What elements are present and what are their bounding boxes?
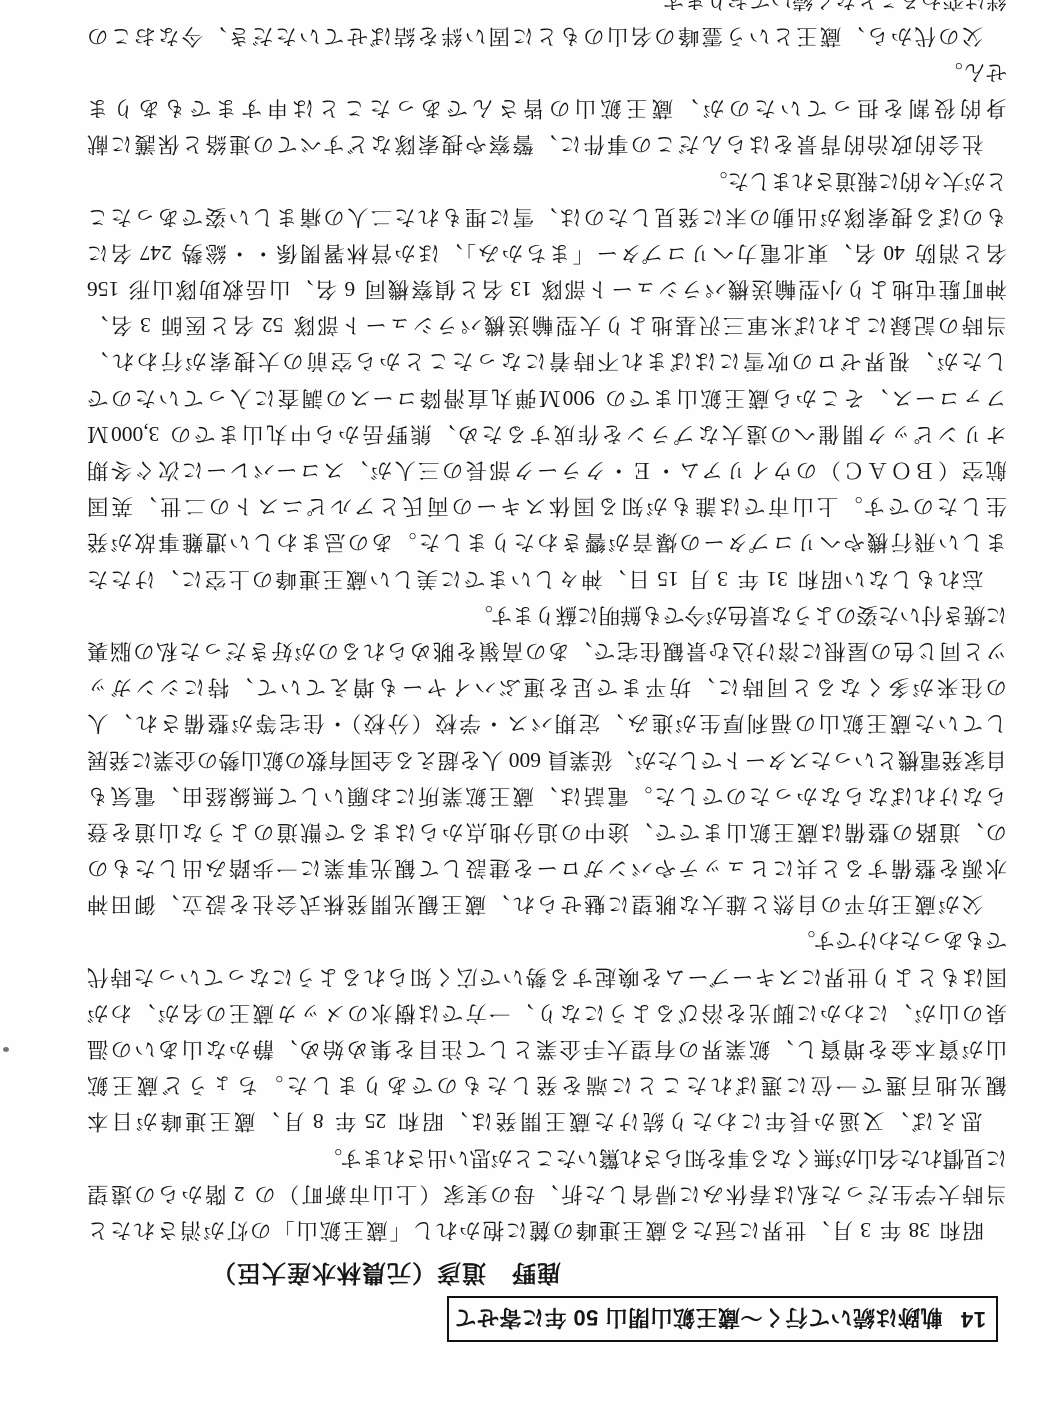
body-line: ファコース、そこから蔵王鉱山までの 900Ｍ弾丸直滑降コースの調査に入っていたの… <box>87 380 1007 416</box>
body-line: したが、視界ゼロの吹雪にはばまれ不時着になったことから空前の大捜索が行われ、 <box>87 343 1007 379</box>
body-line: とが大々的に報道されました。 <box>87 162 1007 198</box>
author-name: 鹿野 道彦 <box>436 1259 561 1286</box>
body-line: 泉の山が、にわかに脚光を浴びるようになり、一方では樹氷のメッカ蔵王の名が、わが <box>87 995 1007 1031</box>
body-text-block: 昭和 38 年 3 月、世界に冠たる蔵王連峰の麓に抱かれし「蔵王鉱山」の灯が消さ… <box>87 0 1007 1248</box>
body-line: ツと同じ色の屋根に溶け込む景観住宅で、あの高嶺を眺められるのが好きだった私の脳裏 <box>87 633 1007 669</box>
document-sheet-rotated-180: 14 軌跡は続いて行く～蔵王鉱山閉山 50 年に寄せて 鹿野 道彦（元農林水産大… <box>0 0 1037 1420</box>
body-line: オリンピック開催への遠大なプランを作成するため、熊野岳から中丸山までの 3,00… <box>87 416 1007 452</box>
section-header-box: 14 軌跡は続いて行く～蔵王鉱山閉山 50 年に寄せて <box>447 1296 998 1342</box>
body-line: 観光地百選で一位に選ばれたことに端を発したものでありました。ちょうど蔵王鉱 <box>87 1067 1007 1103</box>
body-line: 忘れもしない昭和 31 年 3 月 15 日、神々しいまでに美しい蔵王連峰の上空… <box>87 560 1007 596</box>
body-line: ましい飛行機やヘリコプターの爆音が響きわたりました。あの忌まわしい遭難事故が発 <box>87 524 1007 560</box>
body-line: 名と消防 40 名、東北電力ヘリコプター「まちかみ」、ほか営林署関係・・総勢 2… <box>87 235 1007 271</box>
body-line: 当時大学生だった私は春休みに帰省した折、母の実家（上山市新町）の 2 階からの遠… <box>87 1176 1007 1212</box>
body-line: 父の代から、蔵王という霊峰の名山のもとに固い絆を結ばせていただき、今なおこの <box>87 18 1007 54</box>
section-title: 軌跡は続いて行く～蔵王鉱山閉山 50 年に寄せて <box>454 1304 943 1335</box>
body-line: 父が蔵王坊平の自然と雄大な眺望に魅せられ、蔵王観光開発株式会社を設立、御田神 <box>87 886 1007 922</box>
author-role: （元農林水産大臣） <box>211 1259 436 1286</box>
body-line: 当時の記録によれば米軍三沢基地より大型輸送機パラシュート部隊 52 名と医師 3… <box>87 307 1007 343</box>
body-line: 社会的政治的背景をはらんだこの事件に、警察や捜索隊などすべての連絡と保護に献 <box>87 126 1007 162</box>
body-line: に見慣れた名山が無くなる事を知らされ驚いたことが思い出されます。 <box>87 1139 1007 1175</box>
body-line: 身的役割を担っていたのが、蔵王鉱山の皆さんであったことは申すまでもありま <box>87 90 1007 126</box>
body-line: の往来が多くなると同時に、坊平まで足を運ぶハイヤーも増えていて、特にシンガッ <box>87 669 1007 705</box>
body-line: らなければならなかったのでした。電話は、蔵王鉱業所にお願いして無線経由、電気も <box>87 778 1007 814</box>
body-line: 生したのです。上山市では誰もが知る国体スキーの両氏とアルピニストの二世、英国 <box>87 488 1007 524</box>
body-line: 航空（ＢＯＡＣ）のウイリアム・Ｅ・クラーク部長の三人が、スコーバレーに次ぐ冬期 <box>87 452 1007 488</box>
body-line: 昭和 38 年 3 月、世界に冠たる蔵王連峰の麓に抱かれし「蔵王鉱山」の灯が消さ… <box>87 1212 1007 1248</box>
body-line: していた蔵王鉱山の福利厚生が進み、定期バス・学校（分校）・住宅等が整備され、人 <box>87 705 1007 741</box>
body-line: の、道路の整備は蔵王鉱山までで、途中の追分地点からはまるで獣道のような山道を登 <box>87 814 1007 850</box>
page-number: 14 <box>961 1306 986 1332</box>
body-line: 思えば、又遥か長年にわたり続けた蔵王開発は、昭和 25 年 8 月、蔵王連峰が日… <box>87 1103 1007 1139</box>
body-line: 神町駐屯地より小型輸送機パラシュート部隊 13 名と偵察機同 6 名、山岳救助隊… <box>87 271 1007 307</box>
body-line: 水源を整備すると共にヒュッテやバンガローを建設して観光事業に一歩踏み出したもの <box>87 850 1007 886</box>
body-line: せん。 <box>87 54 1007 90</box>
author-byline: 鹿野 道彦（元農林水産大臣） <box>81 1261 561 1293</box>
body-line: でもあったわけです。 <box>87 922 1007 958</box>
scan-speck <box>3 1047 9 1052</box>
scanned-page-viewport: 14 軌跡は続いて行く～蔵王鉱山閉山 50 年に寄せて 鹿野 道彦（元農林水産大… <box>0 0 1037 1420</box>
body-line: 自家発電機といったスタートでしたが、従業員 600 人を超える全国有数の鉱山勢の… <box>87 741 1007 777</box>
body-line: 絆は変わることなく続いております。 <box>87 0 1007 18</box>
body-line: 山が資本金を増資し、鉱業界の有望大手企業として注目を集め始め、静かな山あいの温 <box>87 1031 1007 1067</box>
body-line: 国はもとより世界にスキーブームを喚起する勢いで広く知られるようになっていった時代 <box>87 959 1007 995</box>
body-line: に焼き付いた姿のような景色が今でも鮮明に蘇ります。 <box>87 597 1007 633</box>
body-line: ものぼる捜索隊が出動の末に発見したのは、雪に埋もれた二人の痛ましい姿であったこ <box>87 199 1007 235</box>
